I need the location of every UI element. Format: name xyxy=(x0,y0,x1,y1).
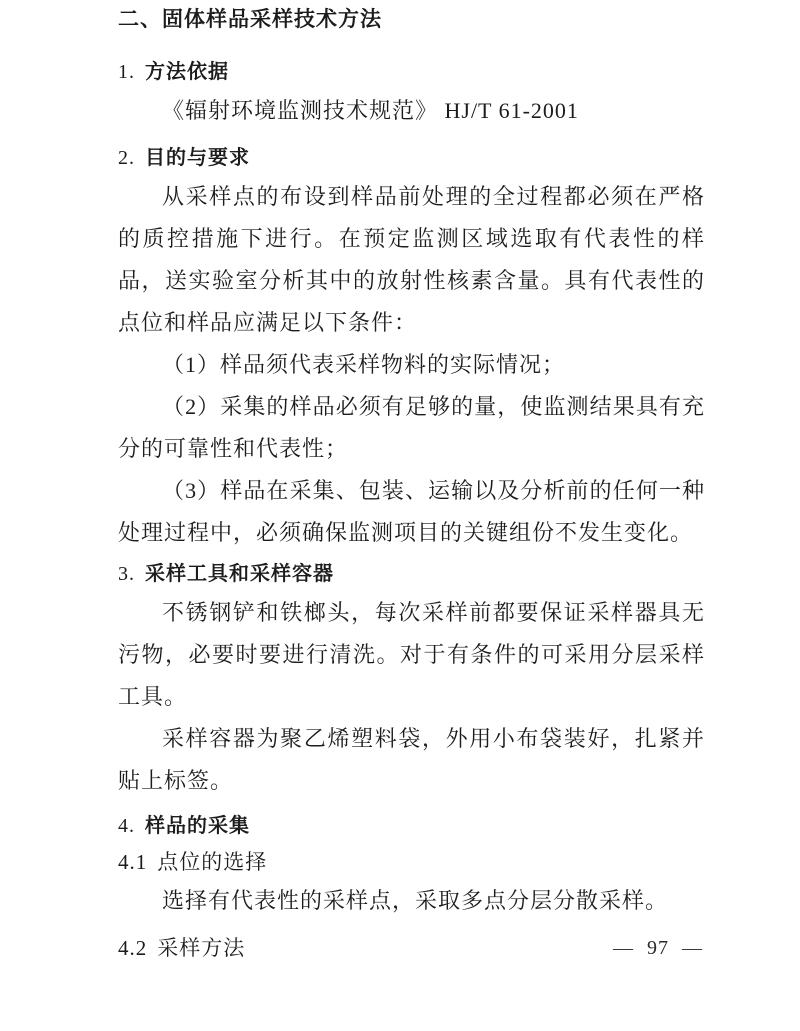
section-4-number: 4. xyxy=(118,815,135,837)
section-4-2-number: 4.2 xyxy=(118,936,147,960)
section-2-item-2: （2）采集的样品必须有足够的量，使监测结果具有充分的可靠性和代表性； xyxy=(118,386,705,470)
page-number: 97 xyxy=(647,936,669,960)
section-4-2-heading-text: 采样方法 xyxy=(157,936,245,960)
footer-dash-left: — xyxy=(613,936,634,960)
footer-dash-right: — xyxy=(682,936,703,960)
section-2-heading-text: 目的与要求 xyxy=(145,147,250,169)
section-2-item-3: （3）样品在采集、包装、运输以及分析前的任何一种处理过程中，必须确保监测项目的关… xyxy=(118,470,705,554)
section-3-number: 3. xyxy=(118,563,135,585)
document-page: 二、固体样品采样技术方法 1.方法依据 《辐射环境监测技术规范》 HJ/T 61… xyxy=(0,0,800,1031)
section-4-1-number: 4.1 xyxy=(118,850,147,874)
page-footer: — 97 — xyxy=(613,936,703,960)
method-reference: 《辐射环境监测技术规范》 HJ/T 61-2001 xyxy=(118,90,705,132)
section-4-heading-text: 样品的采集 xyxy=(145,815,250,837)
section-4-1-heading-text: 点位的选择 xyxy=(157,850,267,874)
section-1-heading-text: 方法依据 xyxy=(145,61,229,83)
section-3-paragraph-2: 采样容器为聚乙烯塑料袋，外用小布袋装好，扎紧并贴上标签。 xyxy=(118,718,705,802)
section-2-number: 2. xyxy=(118,147,135,169)
section-2-item-1: （1）样品须代表采样物料的实际情况； xyxy=(118,344,705,386)
document-content: 二、固体样品采样技术方法 1.方法依据 《辐射环境监测技术规范》 HJ/T 61… xyxy=(118,0,705,966)
chapter-title: 二、固体样品采样技术方法 xyxy=(118,2,705,38)
section-1-number: 1. xyxy=(118,61,135,83)
section-1-heading: 1.方法依据 xyxy=(118,54,705,90)
section-2-heading: 2.目的与要求 xyxy=(118,140,705,176)
section-2-paragraph: 从采样点的布设到样品前处理的全过程都必须在严格的质控措施下进行。在预定监测区域选… xyxy=(118,176,705,344)
section-4-heading: 4.样品的采集 xyxy=(118,808,705,844)
section-4-1-paragraph: 选择有代表性的采样点，采取多点分层分散采样。 xyxy=(118,880,705,922)
section-4-1-heading: 4.1点位的选择 xyxy=(118,844,705,880)
section-3-heading-text: 采样工具和采样容器 xyxy=(145,563,334,585)
section-3-heading: 3.采样工具和采样容器 xyxy=(118,556,705,592)
section-3-paragraph-1: 不锈钢铲和铁榔头，每次采样前都要保证采样器具无污物，必要时要进行清洗。对于有条件… xyxy=(118,592,705,718)
